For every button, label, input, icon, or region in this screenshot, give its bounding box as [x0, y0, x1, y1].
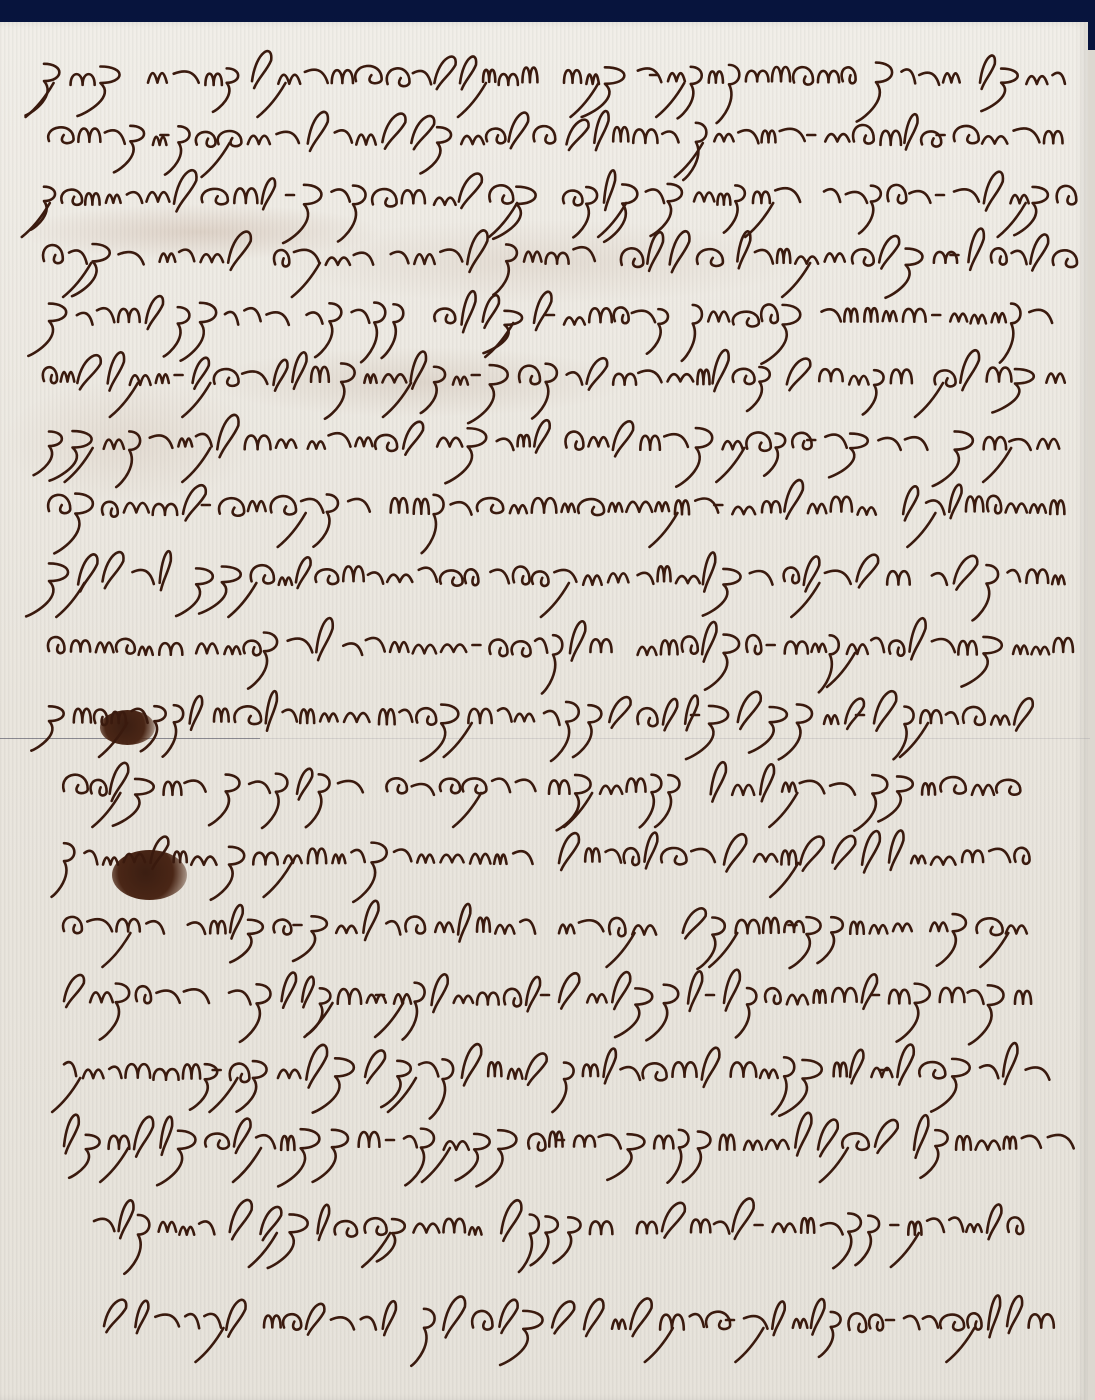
handwritten-line — [45, 685, 1045, 745]
handwritten-line — [40, 165, 1090, 225]
handwritten-line — [45, 615, 1085, 675]
handwritten-line — [45, 285, 1085, 345]
handwritten-line — [60, 965, 1060, 1025]
handwritten-line — [45, 105, 1090, 165]
handwritten-line — [60, 895, 1060, 955]
handwritten-line — [60, 755, 1040, 815]
handwritten-line — [40, 45, 1090, 105]
handwritten-line — [45, 410, 1090, 470]
handwritten-line — [40, 345, 1090, 405]
handwritten-line — [40, 225, 1090, 285]
handwritten-line — [90, 1195, 1050, 1255]
handwritten-line — [60, 1110, 1090, 1170]
handwritten-line — [45, 475, 1080, 535]
handwritten-line — [45, 545, 1085, 605]
handwritten-line — [60, 825, 1060, 885]
handwritten-line — [60, 1040, 1070, 1100]
handwritten-line — [100, 1290, 1070, 1350]
